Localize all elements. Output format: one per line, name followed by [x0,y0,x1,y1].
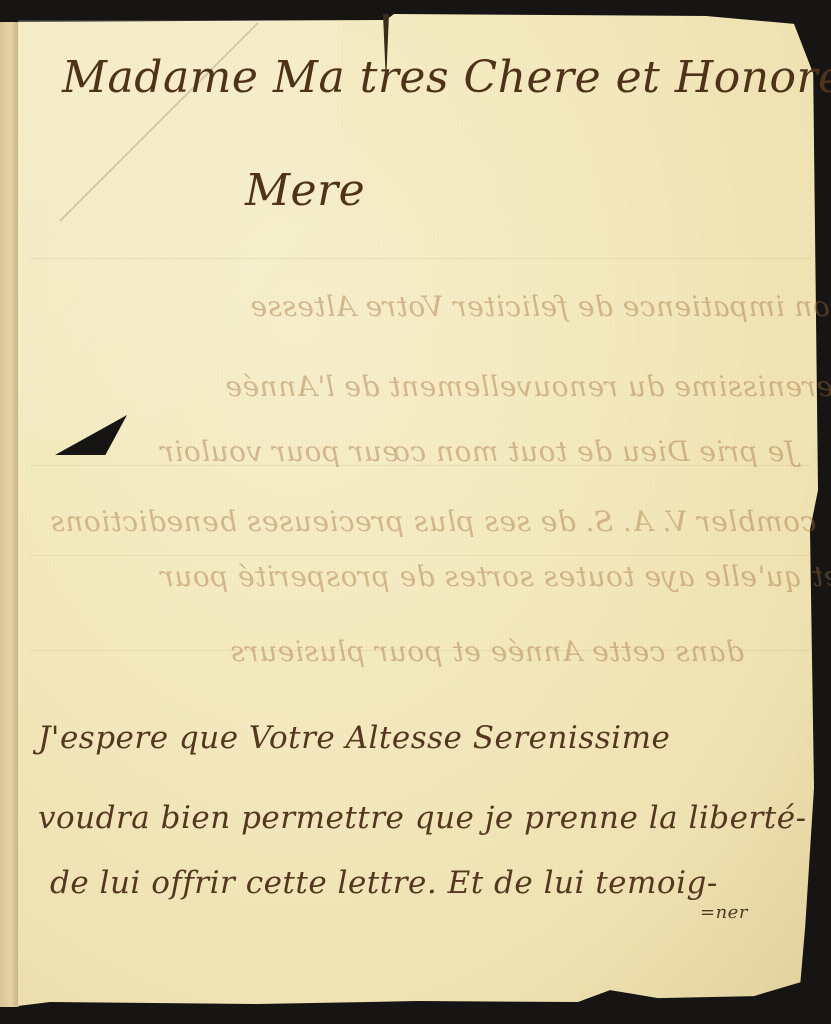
adjacent-page-edge [0,22,19,1007]
ruled-line [30,258,811,259]
bleed-through-line-2: Serenissime du renouvellement de l'Année [225,370,831,403]
salutation-line-2: Mere [245,165,365,216]
body-line-2: voudra bien permettre que je prenne la l… [38,800,807,836]
continuation-catchword: =ner [700,902,748,923]
bleed-through-line-6: dans cette Année et pour plusieurs [230,635,744,668]
ruled-line [30,555,811,556]
body-line-1: J'espere que Votre Altesse Serenissime [38,720,670,756]
bleed-through-line-5: et qu'elle aye toutes sortes de prosperi… [160,560,831,593]
salutation-line-1: Madame Ma tres Chere et Honorée [62,52,831,103]
scanned-letter: Madame Ma tres Chere et Honorée Mere mon… [0,0,831,1024]
bleed-through-line-1: mon impatience de feliciter Votre Altess… [250,290,831,323]
bleed-through-line-3: Je prie Dieu de tout mon cœur pour voulo… [160,435,796,468]
bleed-through-line-4: combler V. A. S. de ses plus precieuses … [50,505,816,538]
body-line-3: de lui offrir cette lettre. Et de lui te… [50,865,718,901]
